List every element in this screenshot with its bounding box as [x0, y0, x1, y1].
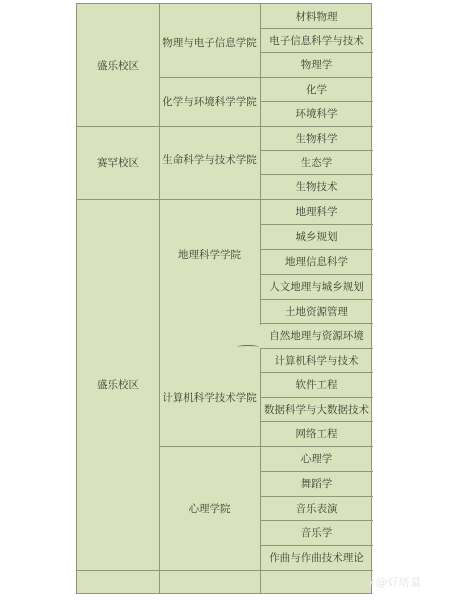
- major-cell: 数据科学与大数据技术: [260, 397, 373, 421]
- major-cell: 地理科学: [260, 199, 373, 224]
- major-cell: 计算机科学与技术: [260, 348, 373, 372]
- major-cell: 城乡规划: [260, 224, 373, 249]
- major-cell: 自然地理与资源环境: [260, 323, 373, 348]
- major-cell-empty: [260, 570, 373, 593]
- college-cell: 计算机科学技术学院: [159, 349, 260, 446]
- major-cell: 化学: [260, 77, 373, 101]
- college-cell: 心理学院: [159, 446, 260, 570]
- campus-cell: 赛罕校区: [77, 126, 159, 199]
- major-cell: 心理学: [260, 446, 373, 471]
- watermark: ※@灯塔量: [366, 574, 422, 590]
- stray-pen-stroke: [237, 345, 259, 349]
- major-cell: 网络工程: [260, 421, 373, 446]
- major-cell: 电子信息科学与技术: [260, 28, 373, 52]
- major-cell: 音乐表演: [260, 496, 373, 520]
- major-cell: 软件工程: [260, 372, 373, 397]
- major-cell: 物理学: [260, 52, 373, 77]
- major-cell: 生物技术: [260, 174, 373, 199]
- major-cell: 人文地理与城乡规划: [260, 274, 373, 299]
- major-cell: 材料物理: [260, 4, 373, 28]
- major-cell: 土地资源管理: [260, 299, 373, 323]
- major-cell: 作曲与作曲技术理论: [260, 545, 373, 570]
- college-cell: 地理科学学院: [159, 199, 260, 309]
- campus-cell: 盛乐校区: [77, 4, 159, 126]
- major-cell: 舞蹈学: [260, 471, 373, 496]
- college-cell: 生命科学与技术学院: [159, 126, 260, 199]
- major-cell: 环境科学: [260, 101, 373, 126]
- major-cell: 音乐学: [260, 520, 373, 545]
- major-cell: 生态学: [260, 150, 373, 174]
- major-cell: 生物科学: [260, 126, 373, 150]
- major-cell: 地理信息科学: [260, 249, 373, 274]
- college-cell: 物理与电子信息学院: [159, 4, 260, 77]
- college-cell: 化学与环境科学学院: [159, 77, 260, 126]
- campus-cell: 盛乐校区: [77, 199, 159, 570]
- campus-college-major-table: 盛乐校区 赛罕校区 盛乐校区 物理与电子信息学院 化学与环境科学学院 生命科学与…: [76, 3, 372, 594]
